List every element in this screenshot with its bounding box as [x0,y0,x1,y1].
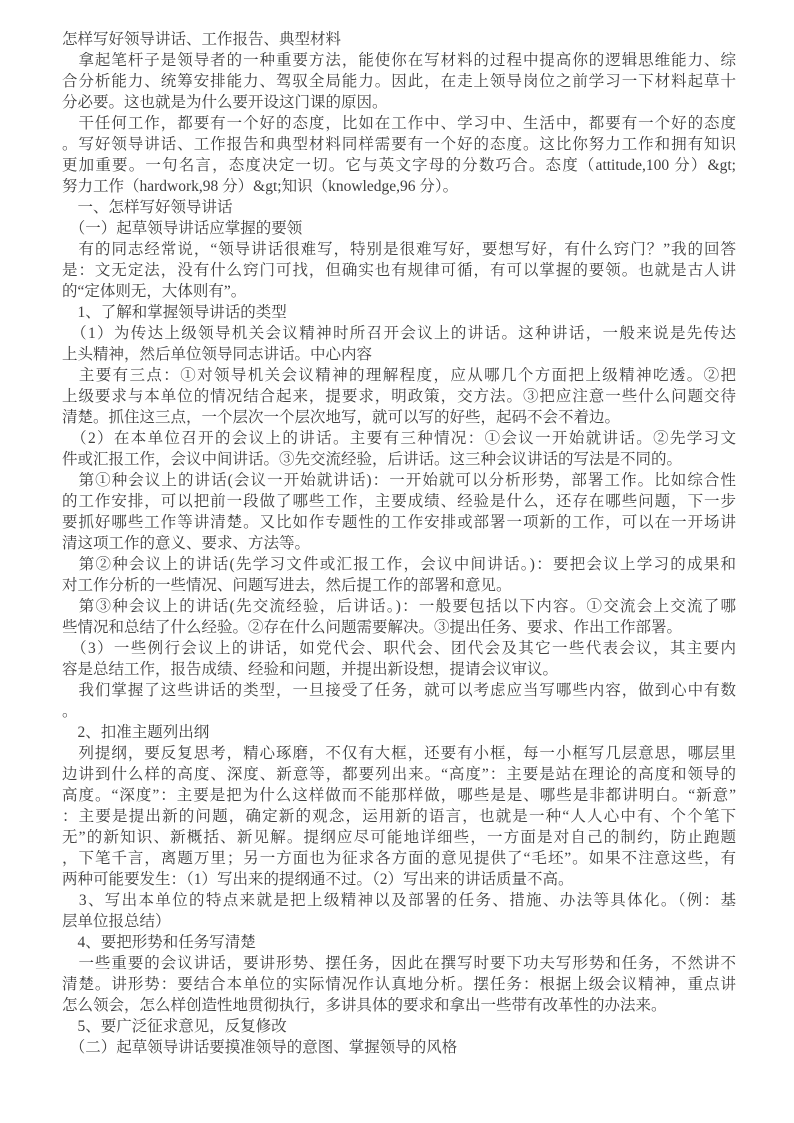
text-line: 要抓好哪些工作等讲清楚。又比如作专题性的工作安排或部署一项新的工作，可以在一开场… [62,512,736,533]
text-line: （3）一些例行会议上的讲话，如党代会、职代会、团代会及其它一些代表会议，其主要内 [62,638,736,659]
text-line: ，下笔千言，离题万里；另一方面也为征求各方面的意见提供了“毛坯”。如果不注意这些… [62,848,736,869]
text-line: 上级要求与本单位的情况结合起来，提要求，明政策，交方法。③把应注意一些什么问题交… [62,386,736,407]
text-line: 清楚。讲形势：要结合本单位的实际情况作认真地分析。摆任务：根据上级会议精神，重点… [62,974,736,995]
text-line: 分必要。这也就是为什么要开设这门课的原因。 [62,92,736,113]
text-line: 边讲到什么样的高度、深度、新意等，都要列出来。“高度”：主要是站在理论的高度和领… [62,764,736,785]
text-line: ：主要是提出新的问题，确定新的观念，运用新的语言，也就是一种“人人心中有、个个笔… [62,806,736,827]
text-line: 一些重要的会议讲话，要讲形势、摆任务，因此在撰写时要下功夫写形势和任务，不然讲不 [62,953,736,974]
text-line: 清这项工作的意义、要求、方法等。 [62,533,736,554]
document-page: 怎样写好领导讲话、工作报告、典型材料 拿起笔杆子是领导者的一种重要方法，能使你在… [0,0,794,1123]
text-line: 些情况和总结了什么经验。②存在什么问题需要解决。③提出任务、要求、作出工作部署。 [62,617,736,638]
text-line: 第②种会议上的讲话(先学习文件或汇报工作，会议中间讲话。)：要把会议上学习的成果… [62,554,736,575]
text-line: 对工作分析的一些情况、问题写进去，然后提工作的部署和意见。 [62,575,736,596]
text-line: 2、扣准主题列出纲 [62,722,736,743]
text-line: 更加重要。一句名言，态度决定一切。它与英文字母的分数巧合。态度（attitude… [62,155,736,176]
text-line: 的工作安排，可以把前一段做了哪些工作，主要成绩、经验是什么，还存在哪些问题，下一… [62,491,736,512]
text-line: 干任何工作，都要有一个好的态度，比如在工作中、学习中、生活中，都要有一个好的态度 [62,113,736,134]
text-line: （二）起草领导讲话要摸准领导的意图、掌握领导的风格 [62,1037,736,1058]
text-line: 拿起笔杆子是领导者的一种重要方法，能使你在写材料的过程中提高你的逻辑思维能力、综 [62,50,736,71]
text-line: 第③种会议上的讲话(先交流经验，后讲话。)：一般要包括以下内容。①交流会上交流了… [62,596,736,617]
text-line: 我们掌握了这些讲话的类型，一旦接受了任务，就可以考虑应当写哪些内容，做到心中有数 [62,680,736,701]
document-title: 怎样写好领导讲话、工作报告、典型材料 [62,29,736,50]
text-line: 两种可能要发生：（1）写出来的提纲通不过。（2）写出来的讲话质量不高。 [62,869,736,890]
text-line: 有的同志经常说，“领导讲话很难写，特别是很难写好，要想写好，有什么窍门？”我的回… [62,239,736,260]
text-line: 清楚。抓住这三点，一个层次一个层次地写，就可以写的好些，起码不会不着边。 [62,407,736,428]
text-line: 努力工作（hardwork,98 分）&gt;知识（knowledge,96 分… [62,176,736,197]
text-line: 是：文无定法，没有什么窍门可找，但确实也有规律可循，有可以掌握的要领。也就是古人… [62,260,736,281]
text-line: 容是总结工作，报告成绩、经验和问题，并提出新设想，提请会议审议。 [62,659,736,680]
text-line: （1）为传达上级领导机关会议精神时所召开会议上的讲话。这种讲话，一般来说是先传达 [62,323,736,344]
text-line: 高度。“深度”：主要是把为什么这样做而不能那样做，哪些是是、哪些是非都讲明白。“… [62,785,736,806]
text-line: 上头精神，然后单位领导同志讲话。中心内容 [62,344,736,365]
text-line: 4、要把形势和任务写清楚 [62,932,736,953]
text-line: 5、要广泛征求意见，反复修改 [62,1016,736,1037]
text-line: 的“定体则无，大体则有”。 [62,281,736,302]
text-line: 一、怎样写好领导讲话 [62,197,736,218]
text-line: 层单位报总结） [62,911,736,932]
text-line: 1、了解和掌握领导讲话的类型 [62,302,736,323]
text-line: 。 [62,701,736,722]
text-line: 主要有三点：①对领导机关会议精神的理解程度，应从哪几个方面把上级精神吃透。②把 [62,365,736,386]
text-line: （一）起草领导讲话应掌握的要领 [62,218,736,239]
text-line: 列提纲，要反复思考，精心琢磨，不仅有大框，还要有小框，每一小框写几层意思，哪层里 [62,743,736,764]
document-body: 怎样写好领导讲话、工作报告、典型材料 拿起笔杆子是领导者的一种重要方法，能使你在… [62,29,736,1058]
text-line: 第①种会议上的讲话(会议一开始就讲话)：一开始就可以分析形势，部署工作。比如综合… [62,470,736,491]
text-line: 3、写出本单位的特点来就是把上级精神以及部署的任务、措施、办法等具体化。（例：基 [62,890,736,911]
text-line: 。写好领导讲话、工作报告和典型材料同样需要有一个好的态度。这比你努力工作和拥有知… [62,134,736,155]
text-line: 无”的新知识、新概括、新见解。提纲应尽可能地详细些，一方面是对自己的制约，防止跑… [62,827,736,848]
text-line: 怎么领会，怎么样创造性地贯彻执行，多讲具体的要求和拿出一些带有改革性的办法来。 [62,995,736,1016]
text-line: 件或汇报工作，会议中间讲话。③先交流经验，后讲话。这三种会议讲话的写法是不同的。 [62,449,736,470]
text-line: 合分析能力、统筹安排能力、驾驭全局能力。因此，在走上领导岗位之前学习一下材料起草… [62,71,736,92]
text-line: （2）在本单位召开的会议上的讲话。主要有三种情况：①会议一开始就讲话。②先学习文 [62,428,736,449]
